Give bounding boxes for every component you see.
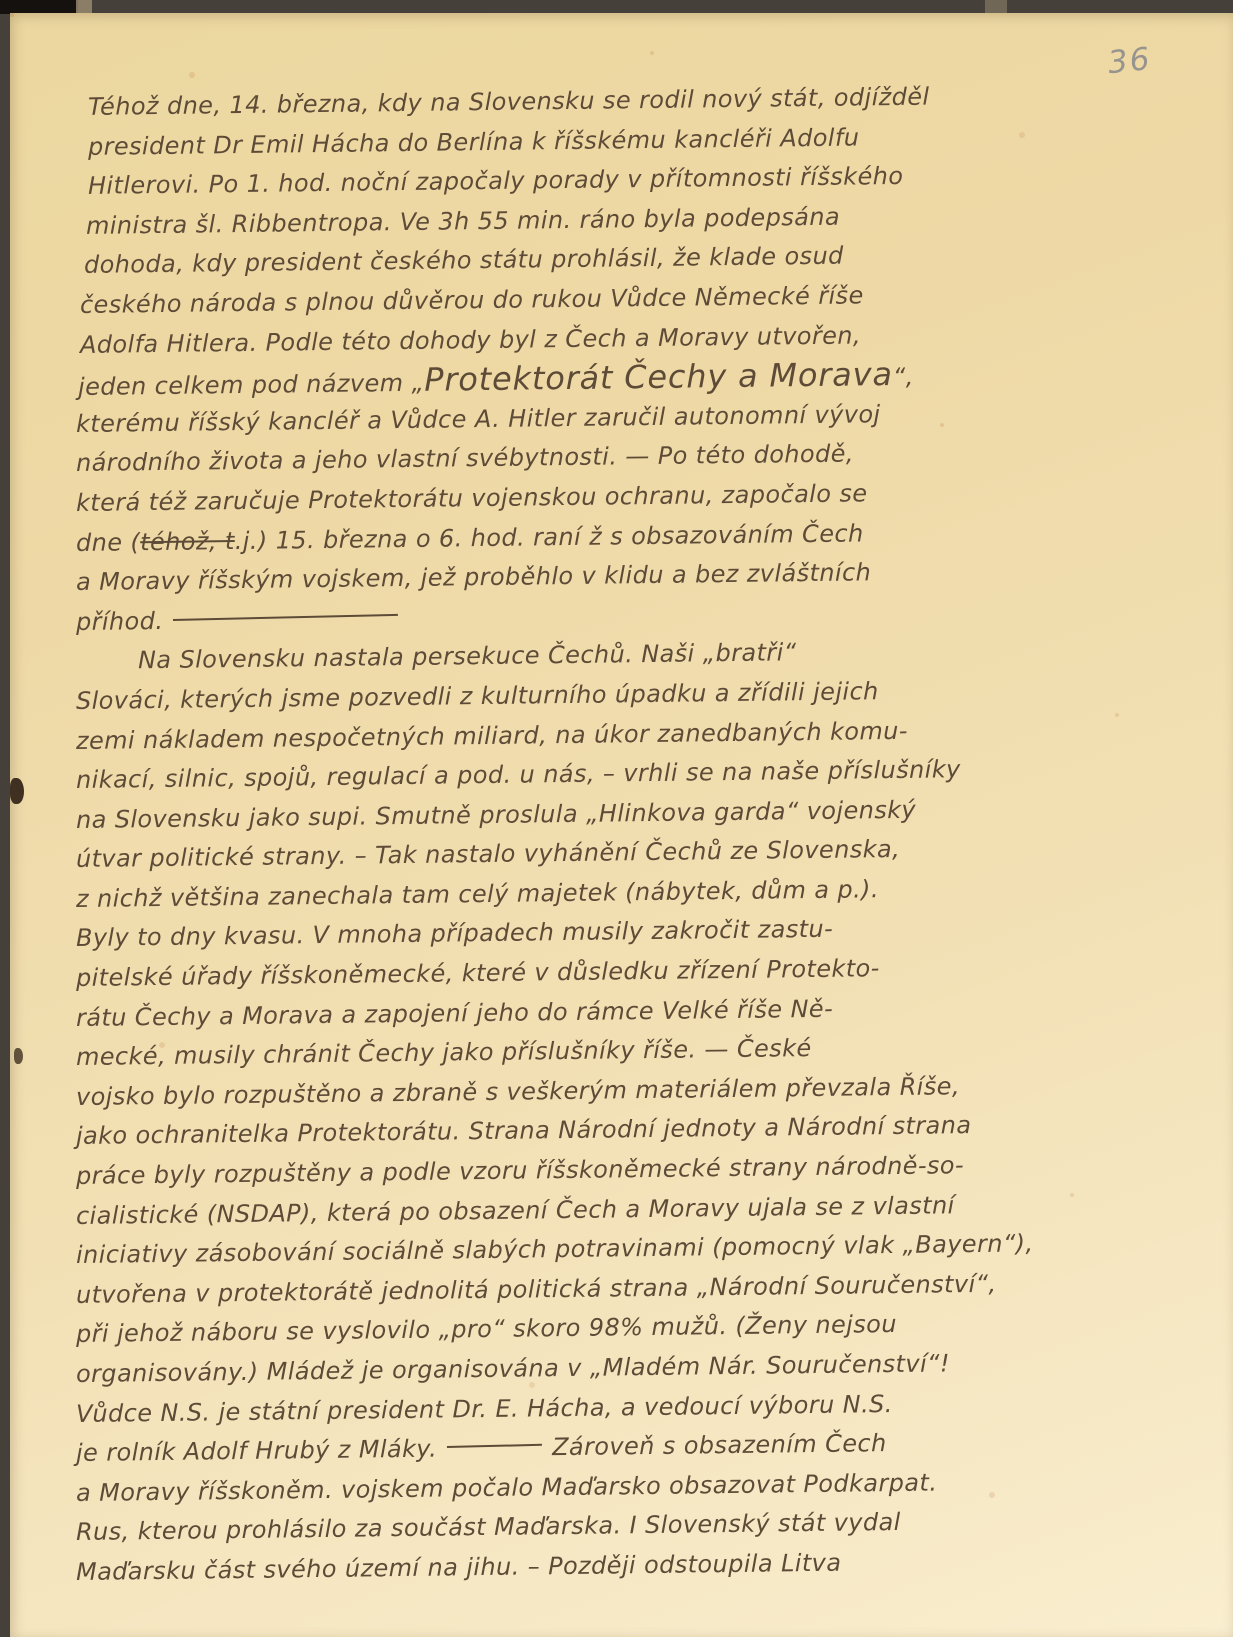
paper-speckles [10,13,14,17]
text-segment: na Slovensku jako supi. Smutně proslula … [76,795,916,833]
text-segment: při jehož náboru se vyslovilo „pro“ skor… [76,1310,897,1348]
text-segment: Adolfa Hitlera. Podle této dohody byl z … [80,321,861,359]
text-segment: Protektorát Čechy a Morava [424,355,893,399]
text-segment: nikací, silnic, spojů, regulací a pod. u… [76,755,961,794]
text-segment: zemi nákladem nespočetných miliard, na ú… [76,716,908,754]
text-segment: .j.) 15. března o 6. hod. raní ž s obsaz… [235,519,864,555]
hand-drawn-rule [447,1444,542,1448]
text-segment: ministra šl. Ribbentropa. Ve 3h 55 min. … [86,202,840,239]
text-segment: pitelské úřady říšskoněmecké, které v dů… [76,954,880,992]
text-segment: president Dr Emil Hácha do Berlína k říš… [88,123,860,160]
scan-border-dark-segment [0,0,78,14]
text-segment: dne ( [76,528,141,557]
text-segment: která též zaručuje Protektorátu vojensko… [76,479,868,517]
text-segment: Maďarsku část svého území na jihu. – Poz… [76,1549,842,1586]
text-segment: vojsko bylo rozpuštěno a zbraně s vešker… [76,1072,960,1111]
paper-edge-blemish [10,778,24,804]
manuscript-page: 36 Téhož dne, 14. března, kdy na Slovens… [10,13,1233,1637]
text-segment: utvořena v protektorátě jednolitá politi… [76,1270,997,1309]
text-segment: Na Slovensku nastala persekuce Čechů. Na… [138,639,797,675]
paper-edge-blemish [14,1048,23,1064]
text-segment: Téhož dne, 14. března, kdy na Slovensku … [88,83,930,121]
text-segment: mecké, musily chránit Čechy jako přísluš… [76,1034,812,1071]
hand-drawn-rule [173,614,398,621]
text-segment: Rus, kterou prohlásilo za součást Maďars… [76,1508,901,1546]
text-segment: Zároveň s obsazením Čech [552,1429,887,1461]
scan-border-notch [76,0,92,13]
scan-border-notch [985,0,1007,13]
text-segment: Slováci, kterých jsme pozvedli z kulturn… [76,677,879,715]
text-segment: Vůdce N.S. je státní president Dr. E. Há… [76,1390,893,1428]
text-segment: národního života a jeho vlastní svébytno… [76,440,854,478]
text-segment: jeden celkem pod názvem „ [78,369,425,401]
text-segment: kterému říšský kancléř a Vůdce A. Hitler… [76,400,881,438]
text-segment: Byly to dny kvasu. V mnoha případech mus… [76,915,833,952]
text-segment: českého národa s plnou důvěrou do rukou … [80,281,864,319]
text-segment: a Moravy říšskoněm. vojskem počalo Maďar… [76,1468,938,1507]
text-segment: práce byly rozpuštěny a podle vzoru říšs… [76,1151,964,1190]
text-segment: útvar politické strany. – Tak nastalo vy… [76,835,900,873]
text-segment: Hitlerovi. Po 1. hod. noční započaly por… [88,162,904,200]
text-segment: dohoda, kdy president českého státu proh… [84,242,844,279]
text-segment: příhod. [76,607,164,636]
text-segment: a Moravy říšským vojskem, jež proběhlo v… [76,558,872,596]
text-segment: organisovány.) Mládež je organisována v … [76,1349,950,1388]
text-segment: je rolník Adolf Hrubý z Mláky. [76,1435,437,1467]
text-segment: “, [893,363,914,391]
text-segment: jako ochranitelka Protektorátu. Strana N… [76,1111,972,1150]
text-segment: rátu Čechy a Morava a zapojení jeho do r… [76,994,833,1031]
text-segment: iniciativy zásobování sociálně slabých p… [76,1230,1034,1270]
handwritten-text-block: Téhož dne, 14. března, kdy na Slovensku … [76,88,1206,1593]
text-segment: z nichž většina zanechala tam celý majet… [76,875,879,913]
text-segment: téhož, t [140,527,235,556]
text-segment: cialistické (NSDAP), která po obsazení Č… [76,1191,955,1230]
